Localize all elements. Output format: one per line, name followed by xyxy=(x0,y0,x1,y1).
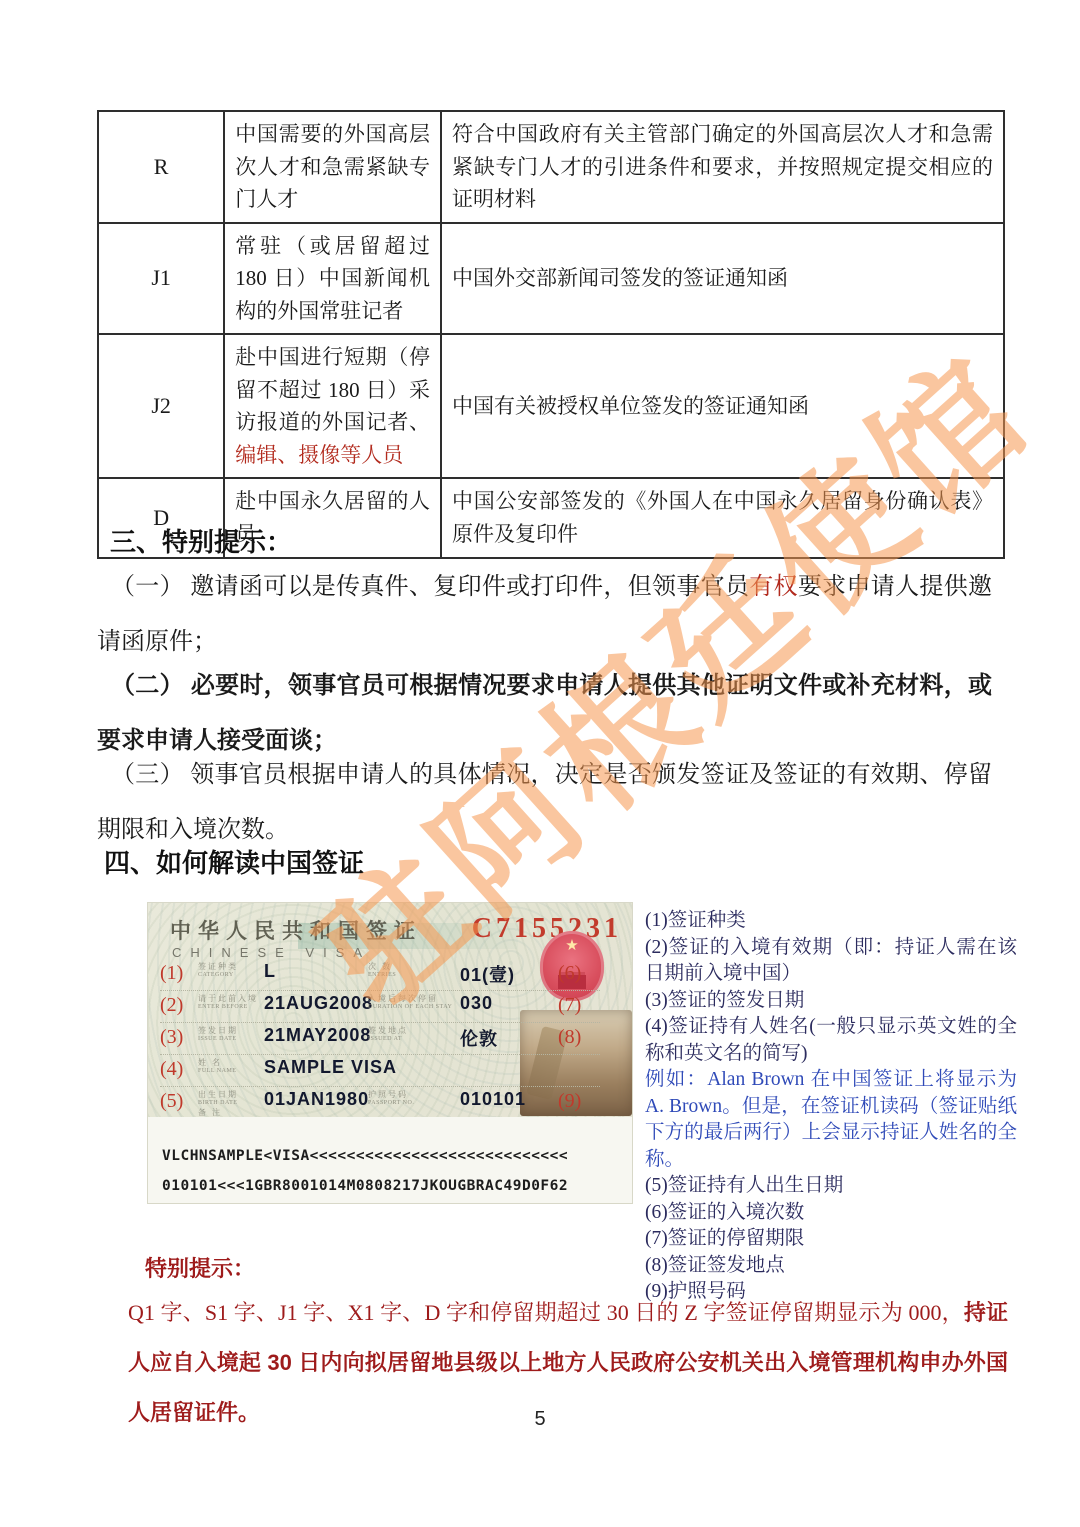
field-marker: (3) xyxy=(160,1026,183,1049)
field-value: 030 xyxy=(460,993,493,1014)
visa-number: C7155231 xyxy=(472,913,622,945)
visa-code: R xyxy=(98,111,224,223)
field-value: 21MAY2008 xyxy=(264,1025,371,1046)
visa-requirement: 符合中国政府有关主管部门确定的外国高层次人才和急需紧缺专门人才的引进条件和要求，… xyxy=(441,111,1004,223)
section3-item1: （一） 邀请函可以是传真件、复印件或打印件，但领事官员有权要求申请人提供邀请函原… xyxy=(97,560,992,670)
sample-visa-image: 中华人民共和国签证 CHINESE VISA C7155231 ★ (1) 签证… xyxy=(148,903,632,1203)
page-number: 5 xyxy=(0,1408,1080,1431)
visa-requirement: 中国有关被授权单位签发的签证通知函 xyxy=(441,334,1004,478)
visa-title-cn: 中华人民共和国签证 xyxy=(170,915,422,945)
annotation-item: (1)签证种类 xyxy=(645,908,1017,935)
visa-title-en: CHINESE VISA xyxy=(172,945,371,960)
special-note-title: 特别提示： xyxy=(145,1252,255,1283)
annotation-item: (8)签证签发地点 xyxy=(645,1253,1017,1280)
field-marker: (2) xyxy=(160,994,183,1017)
field-value: L xyxy=(264,961,276,982)
field-label: 签发地点ISSUED AT xyxy=(368,1027,460,1042)
visa-field-row: (3) 签发日期ISSUE DATE 21MAY2008 签发地点ISSUED … xyxy=(160,1023,600,1055)
annotation-item: (3)签证的签发日期 xyxy=(645,988,1017,1015)
visa-annotation-list: (1)签证种类 (2)签证的入境有效期（即：持证人需在该日期前入境中国） (3)… xyxy=(645,908,1017,1306)
annotation-item: (2)签证的入境有效期（即：持证人需在该日期前入境中国） xyxy=(645,935,1017,988)
field-value: 01(壹) xyxy=(460,961,515,987)
visa-description: 常驻（或居留超过 180 日）中国新闻机构的外国常驻记者 xyxy=(224,223,441,335)
mrz-line-1: VLCHNSAMPLE<VISA<<<<<<<<<<<<<<<<<<<<<<<<… xyxy=(162,1141,632,1171)
section4-heading: 四、如何解读中国签证 xyxy=(104,843,364,880)
field-marker: (1) xyxy=(160,962,183,985)
field-marker: (4) xyxy=(160,1058,183,1081)
field-value: 21AUG2008 xyxy=(264,993,373,1014)
field-label: 入境后每次停留DURATION OF EACH STAY xyxy=(368,995,460,1010)
visa-requirement: 中国公安部签发的《外国人在中国永久居留身份确认表》原件及复印件 xyxy=(441,478,1004,557)
field-value: 伦敦 xyxy=(460,1025,498,1051)
visa-code: J2 xyxy=(98,334,224,478)
machine-readable-zone: VLCHNSAMPLE<VISA<<<<<<<<<<<<<<<<<<<<<<<<… xyxy=(148,1117,632,1203)
annotation-example: 例如：Alan Brown 在中国签证上将显示为 A. Brown。但是，在签证… xyxy=(645,1067,1017,1173)
field-label: 次 数ENTRIES xyxy=(368,963,460,978)
visa-code: J1 xyxy=(98,223,224,335)
field-marker: (7) xyxy=(558,994,581,1017)
visa-category-table: R 中国需要的外国高层次人才和急需紧缺专门人才 符合中国政府有关主管部门确定的外… xyxy=(97,110,1005,559)
table-row: J1 常驻（或居留超过 180 日）中国新闻机构的外国常驻记者 中国外交部新闻司… xyxy=(98,223,1004,335)
annotation-item: (7)签证的停留期限 xyxy=(645,1226,1017,1253)
visa-requirement: 中国外交部新闻司签发的签证通知函 xyxy=(441,223,1004,335)
field-marker: (8) xyxy=(558,1026,581,1049)
section3-heading: 三、特别提示： xyxy=(110,522,292,559)
table-row: J2 赴中国进行短期（停留不超过 180 日）采访报道的外国记者、编辑、摄像等人… xyxy=(98,334,1004,478)
annotation-item: (6)签证的入境次数 xyxy=(645,1200,1017,1227)
visa-description: 中国需要的外国高层次人才和急需紧缺专门人才 xyxy=(224,111,441,223)
field-value: SAMPLE VISA xyxy=(264,1057,397,1078)
mrz-line-2: 010101<<<1GBR8001014M0808217JKOUGBRAC49D… xyxy=(162,1171,632,1201)
table-row: R 中国需要的外国高层次人才和急需紧缺专门人才 符合中国政府有关主管部门确定的外… xyxy=(98,111,1004,223)
section3-item3: （三） 领事官员根据申请人的具体情况，决定是否颁发签证及签证的有效期、停留期限和… xyxy=(97,748,992,858)
visa-field-row: (1) 签证种类CATEGORY L 次 数ENTRIES 01(壹) (6) xyxy=(160,959,600,991)
document-page: R 中国需要的外国高层次人才和急需紧缺专门人才 符合中国政府有关主管部门确定的外… xyxy=(0,0,1080,1527)
annotation-item: (5)签证持有人出生日期 xyxy=(645,1173,1017,1200)
visa-field-row: (4) 姓 名FULL NAME SAMPLE VISA xyxy=(160,1055,600,1087)
visa-description: 赴中国进行短期（停留不超过 180 日）采访报道的外国记者、编辑、摄像等人员 xyxy=(224,334,441,478)
field-marker: (6) xyxy=(558,962,581,985)
visa-field-row: (2) 请于此前入境ENTER BEFORE 21AUG2008 入境后每次停留… xyxy=(160,991,600,1023)
annotation-item: (4)签证持有人姓名(一般只显示英文姓的全称和英文名的简写) xyxy=(645,1014,1017,1067)
